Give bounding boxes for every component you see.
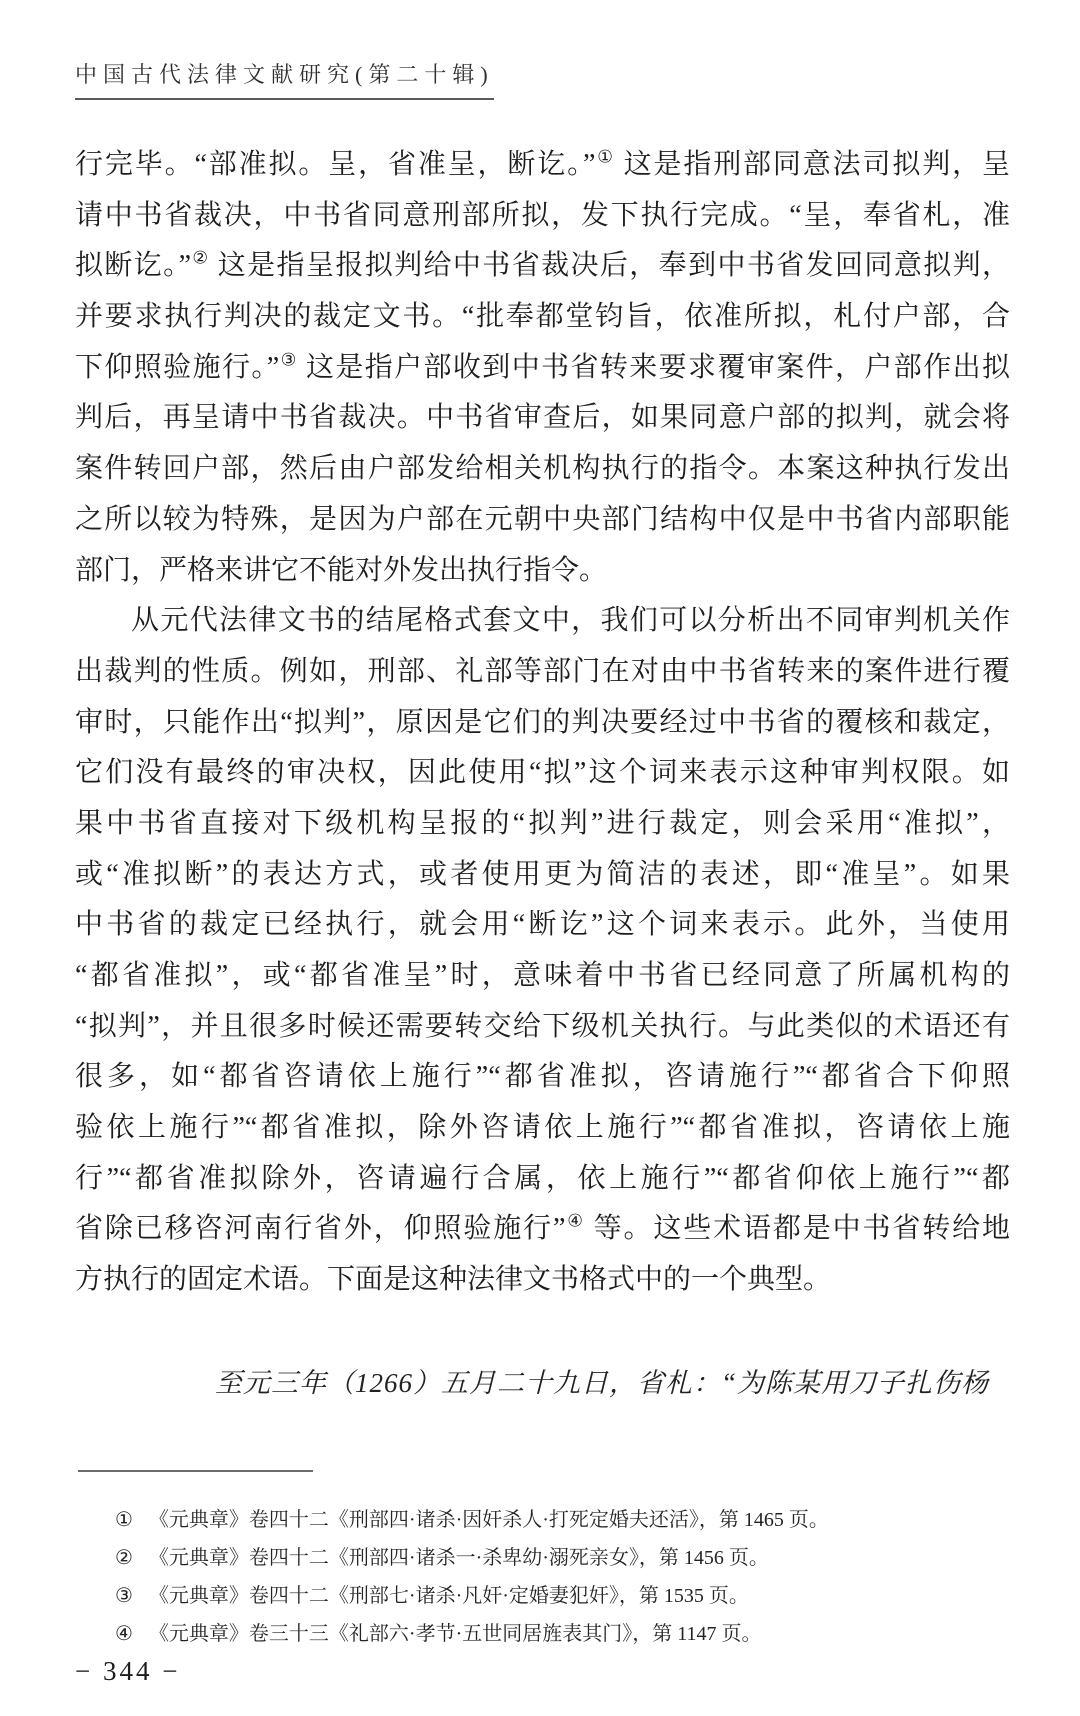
footnote-marker: ③	[115, 1577, 133, 1615]
footnote-marker: ②	[115, 1539, 133, 1577]
body-line: 或“准拟断”的表达方式，或者使用更为简洁的表述，即“准呈”。如果	[75, 850, 1010, 901]
body-line: 行”“都省准拟除外，咨请遍行合属，依上施行”“都省仰依上施行”“都	[75, 1154, 1010, 1205]
body-line: 案件转回户部，然后由户部发给相关机构执行的指令。本案这种执行发出	[75, 444, 1010, 495]
footnote-text: 《元典章》卷四十二《刑部四·诸杀·因奸杀人·打死定婚夫还活》，第 1465 页。	[149, 1509, 829, 1531]
body-line: 行完毕。“部准拟。呈，省准呈，断讫。”① 这是指刑部同意法司拟判，呈	[75, 140, 1010, 191]
body-line: 请中书省裁决，中书省同意刑部所拟，发下执行完成。“呈，奉省札，准	[75, 191, 1010, 242]
footnote-marker: ①	[115, 1501, 133, 1539]
body-line: 从元代法律文书的结尾格式套文中，我们可以分析出不同审判机关作	[75, 596, 1010, 647]
footnote-text: 《元典章》卷四十二《刑部七·诸杀·凡奸·定婚妻犯奸》，第 1535 页。	[149, 1585, 749, 1607]
footnotes: ①《元典章》卷四十二《刑部四·诸杀·因奸杀人·打死定婚夫还活》，第 1465 页…	[115, 1501, 1015, 1653]
body-line: 判后，再呈请中书省裁决。中书省审查后，如果同意户部的拟判，就会将	[75, 393, 1010, 444]
running-head: 中国古代法律文献研究(第二十辑)	[75, 58, 494, 100]
book-page: 中国古代法律文献研究(第二十辑) 行完毕。“部准拟。呈，省准呈，断讫。”① 这是…	[0, 0, 1080, 1716]
body-line: 果中书省直接对下级机构呈报的“拟判”进行裁定，则会采用“准拟”，	[75, 799, 1010, 850]
body-line: 很多，如“都省咨请依上施行”“都省准拟，咨请施行”“都省合下仰照	[75, 1052, 1010, 1103]
footnote-marker: ④	[115, 1615, 133, 1653]
footnote-text: 《元典章》卷三十三《礼部六·孝节·五世同居旌表其门》，第 1147 页。	[149, 1623, 762, 1645]
body-line: 方执行的固定术语。下面是这种法律文书格式中的一个典型。	[75, 1255, 1010, 1306]
page-number: − 344 −	[75, 1656, 180, 1687]
body-line: 下仰照验施行。”③ 这是指户部收到中书省转来要求覆审案件，户部作出拟	[75, 343, 1010, 394]
footnote-item: ③《元典章》卷四十二《刑部七·诸杀·凡奸·定婚妻犯奸》，第 1535 页。	[115, 1577, 1015, 1615]
body-line: 它们没有最终的审决权，因此使用“拟”这个词来表示这种审判权限。如	[75, 748, 1010, 799]
body-line: 验依上施行”“都省准拟，除外咨请依上施行”“都省准拟，咨请依上施	[75, 1103, 1010, 1154]
body-line: 省除已移咨河南行省外，仰照验施行”④ 等。这些术语都是中书省转给地	[75, 1204, 1010, 1255]
body-line: 拟断讫。”② 这是指呈报拟判给中书省裁决后，奉到中书省发回同意拟判，	[75, 241, 1010, 292]
footnote-item: ②《元典章》卷四十二《刑部四·诸杀一·杀卑幼·溺死亲女》，第 1456 页。	[115, 1539, 1015, 1577]
body-text: 行完毕。“部准拟。呈，省准呈，断讫。”① 这是指刑部同意法司拟判，呈 请中书省裁…	[75, 140, 1010, 1306]
body-line: “都省准拟”，或“都省准呈”时，意味着中书省已经同意了所属机构的	[75, 951, 1010, 1002]
body-line: 中书省的裁定已经执行，就会用“断讫”这个词来表示。此外，当使用	[75, 900, 1010, 951]
body-line: 出裁判的性质。例如，刑部、礼部等部门在对由中书省转来的案件进行覆	[75, 647, 1010, 698]
body-line: 并要求执行判决的裁定文书。“批奉都堂钧旨，依准所拟，札付户部，合	[75, 292, 1010, 343]
block-quote-line: 至元三年（1266）五月二十九日，省札：“为陈某用刀子扎伤杨	[215, 1362, 1025, 1404]
footnote-item: ①《元典章》卷四十二《刑部四·诸杀·因奸杀人·打死定婚夫还活》，第 1465 页…	[115, 1501, 1015, 1539]
body-line: 之所以较为特殊，是因为户部在元朝中央部门结构中仅是中书省内部职能	[75, 495, 1010, 546]
body-line: 审时，只能作出“拟判”，原因是它们的判决要经过中书省的覆核和裁定，	[75, 698, 1010, 749]
footnote-item: ④《元典章》卷三十三《礼部六·孝节·五世同居旌表其门》，第 1147 页。	[115, 1615, 1015, 1653]
footnote-separator	[78, 1470, 313, 1472]
body-line: “拟判”，并且很多时候还需要转交给下级机关执行。与此类似的术语还有	[75, 1002, 1010, 1053]
body-line: 部门，严格来讲它不能对外发出执行指令。	[75, 546, 1010, 597]
footnote-text: 《元典章》卷四十二《刑部四·诸杀一·杀卑幼·溺死亲女》，第 1456 页。	[149, 1547, 769, 1569]
